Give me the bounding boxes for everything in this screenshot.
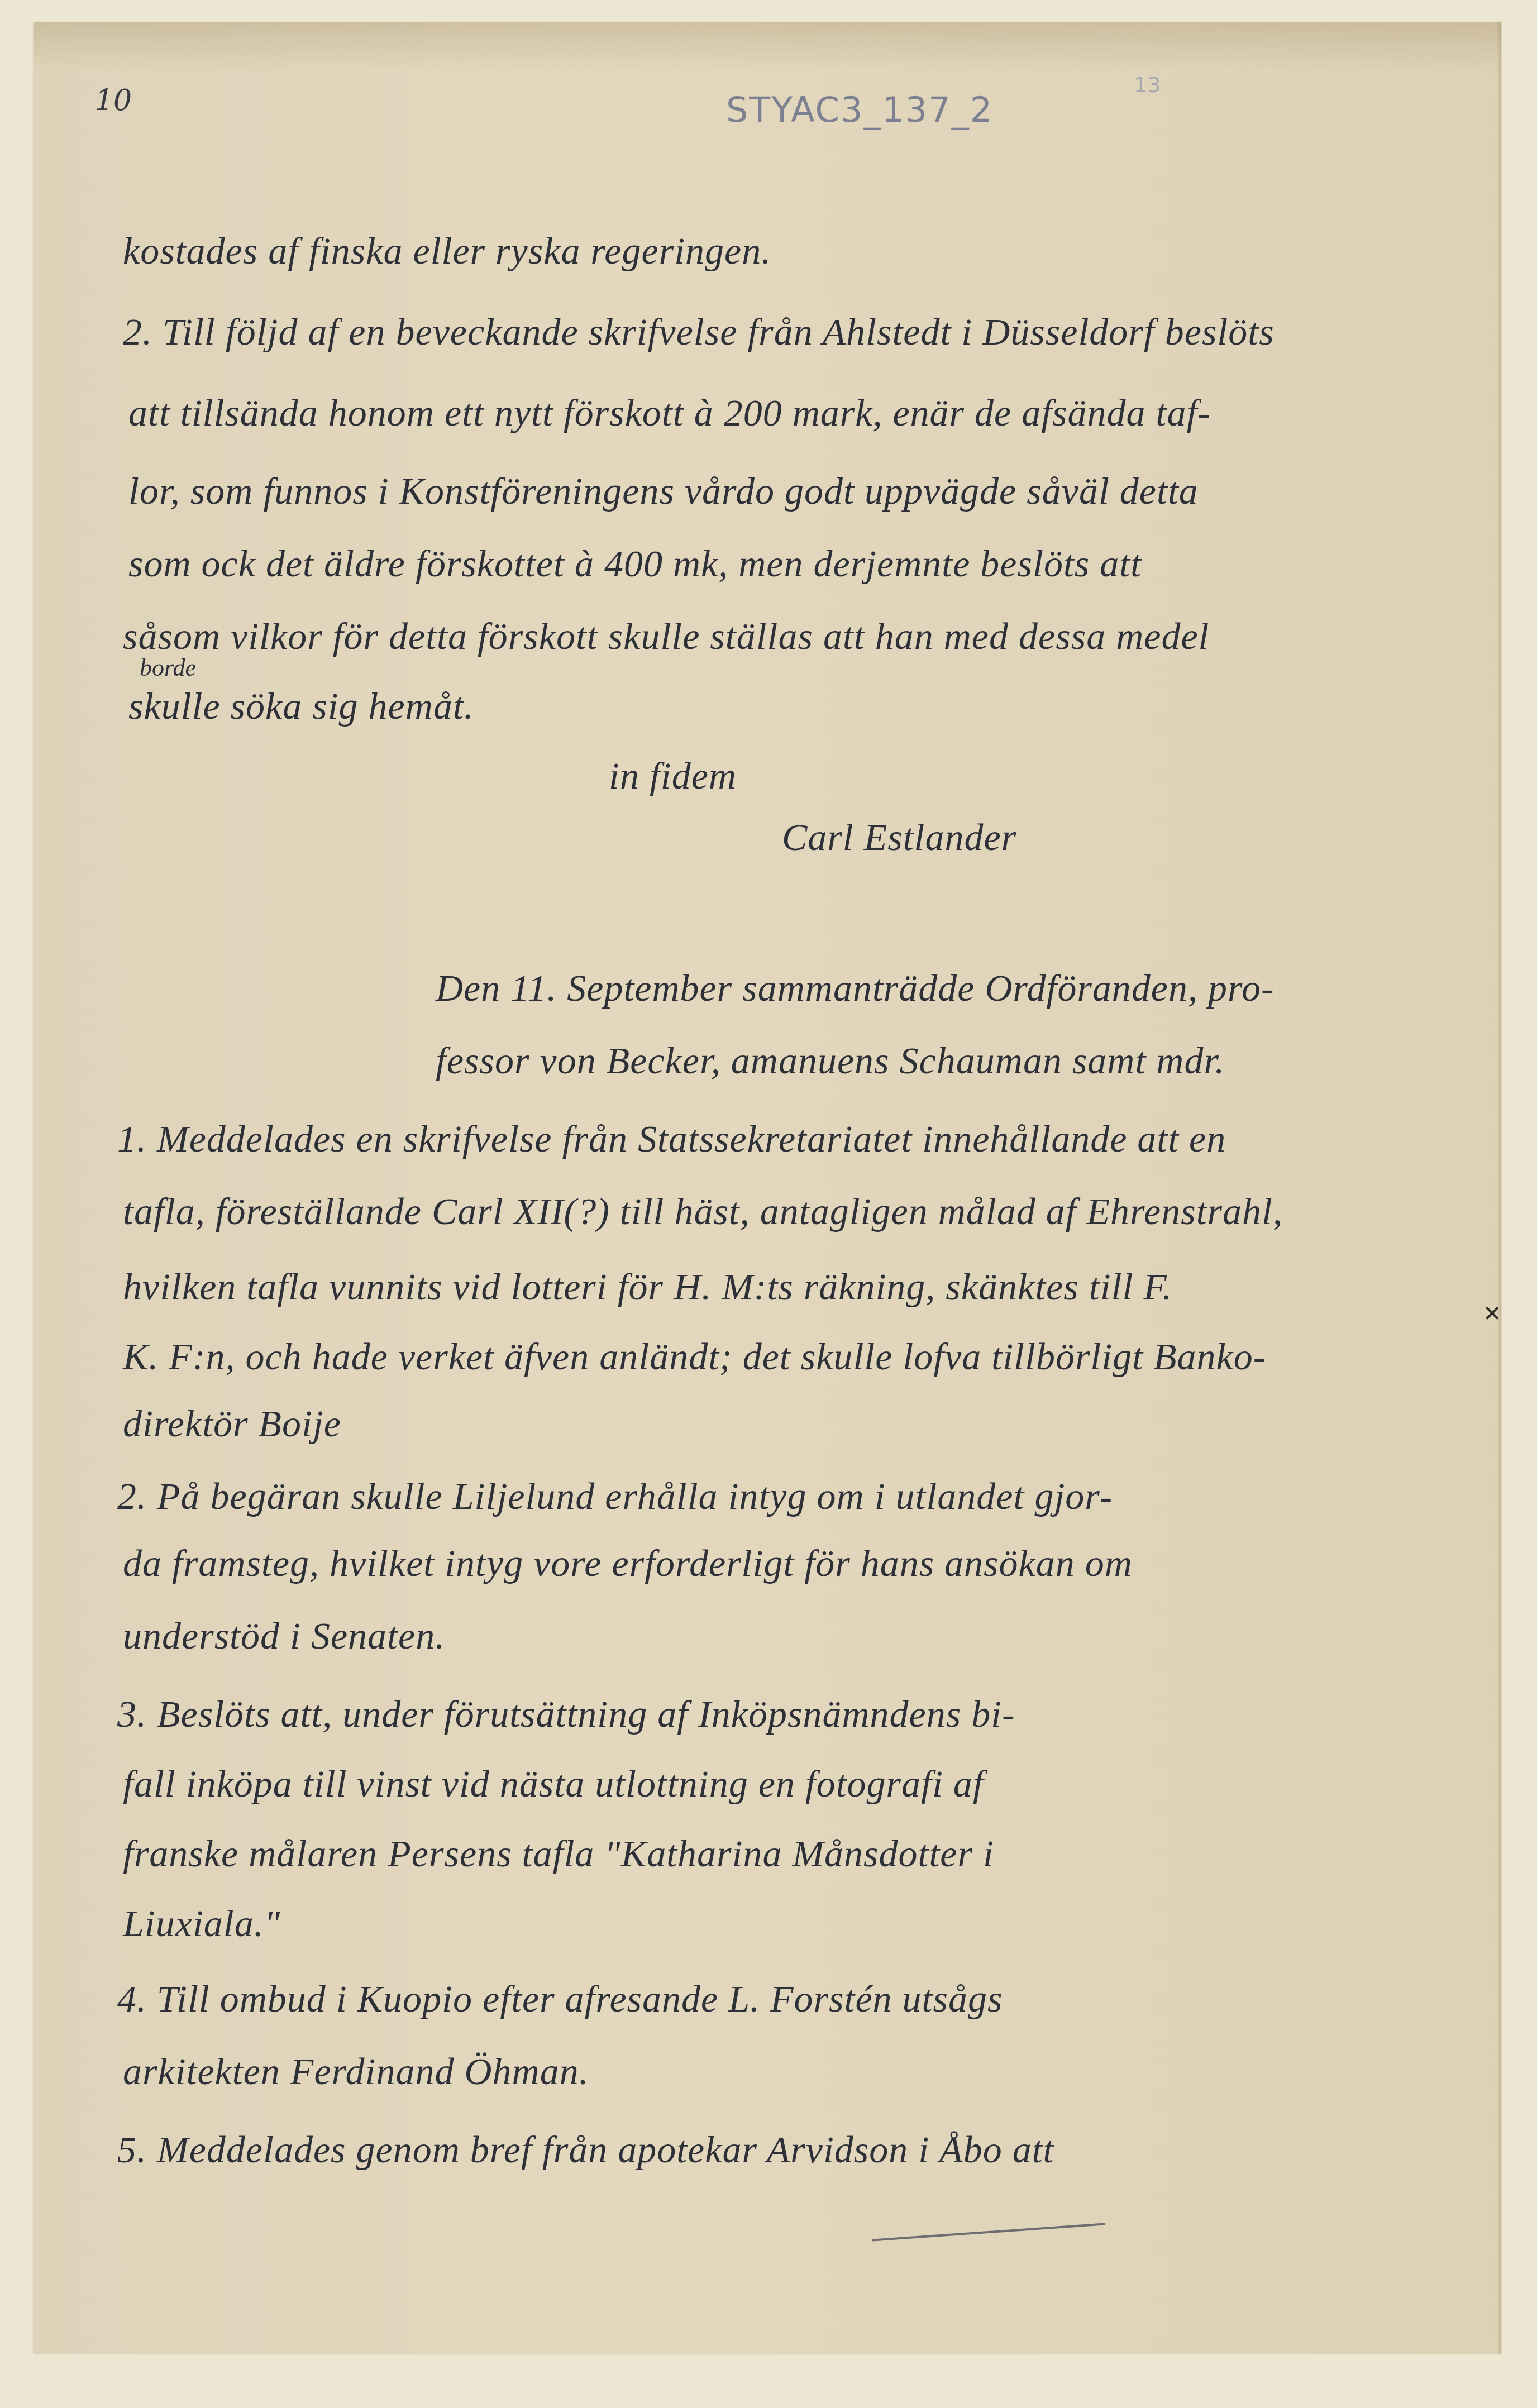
text-line: skulle söka sig hemåt.: [128, 684, 474, 728]
interlinear-insertion: borde: [140, 653, 196, 682]
item-3-line: franske målaren Persens tafla "Katharina…: [123, 1832, 994, 1876]
item-5-line: 5. Meddelades genom bref från apotekar A…: [117, 2128, 1054, 2172]
manuscript-page: 10 STYAC3_137_2 13 kostades af finska el…: [34, 22, 1501, 2354]
item-4-line: 4. Till ombud i Kuopio efter afresande L…: [117, 1977, 1003, 2021]
item-1-line: direktör Boije: [123, 1402, 341, 1446]
item-4-line: arkitekten Ferdinand Öhman.: [123, 2049, 589, 2094]
closing-rule-divider: [871, 2223, 1105, 2241]
text-line: 2. Till följd af en beveckande skrifvels…: [123, 310, 1275, 354]
item-3-line: fall inköpa till vinst vid nästa utlottn…: [123, 1762, 984, 1806]
item-2-line: da framsteg, hvilket intyg vore erforder…: [123, 1541, 1133, 1585]
text-line: att tillsända honom ett nytt förskott à …: [128, 391, 1211, 435]
item-3-line: Liuxiala.": [123, 1901, 280, 1946]
item-2-line: understöd i Senaten.: [123, 1614, 445, 1658]
item-1-line: hvilken tafla vunnits vid lotteri för H.…: [123, 1265, 1172, 1309]
text-line: som ock det äldre förskottet à 400 mk, m…: [128, 542, 1142, 586]
meeting-intro-line: Den 11. September sammanträdde Ordförand…: [436, 966, 1275, 1010]
item-1-line: 1. Meddelades en skrifvelse från Statsse…: [117, 1117, 1226, 1161]
item-2-line: 2. På begäran skulle Liljelund erhålla i…: [117, 1474, 1113, 1518]
meeting-intro-line: fessor von Becker, amanuens Schauman sam…: [436, 1039, 1225, 1083]
corner-note: 13: [1134, 73, 1161, 97]
text-line: såsom vilkor för detta förskott skulle s…: [123, 614, 1210, 658]
text-line: lor, som funnos i Konstföreningens vårdo…: [128, 469, 1199, 513]
signature: Carl Estlander: [782, 815, 1016, 859]
item-3-line: 3. Beslöts att, under förutsättning af I…: [117, 1692, 1015, 1736]
text-line: kostades af finska eller ryska regeringe…: [123, 229, 771, 273]
margin-mark: ✕: [1483, 1301, 1502, 1327]
page-number: 10: [95, 84, 132, 117]
item-1-line: tafla, föreställande Carl XII(?) till hä…: [123, 1189, 1283, 1234]
archive-reference: STYAC3_137_2: [726, 89, 993, 130]
in-fidem: in fidem: [609, 754, 737, 798]
item-1-line: K. F:n, och hade verket äfven anländt; d…: [123, 1335, 1266, 1379]
